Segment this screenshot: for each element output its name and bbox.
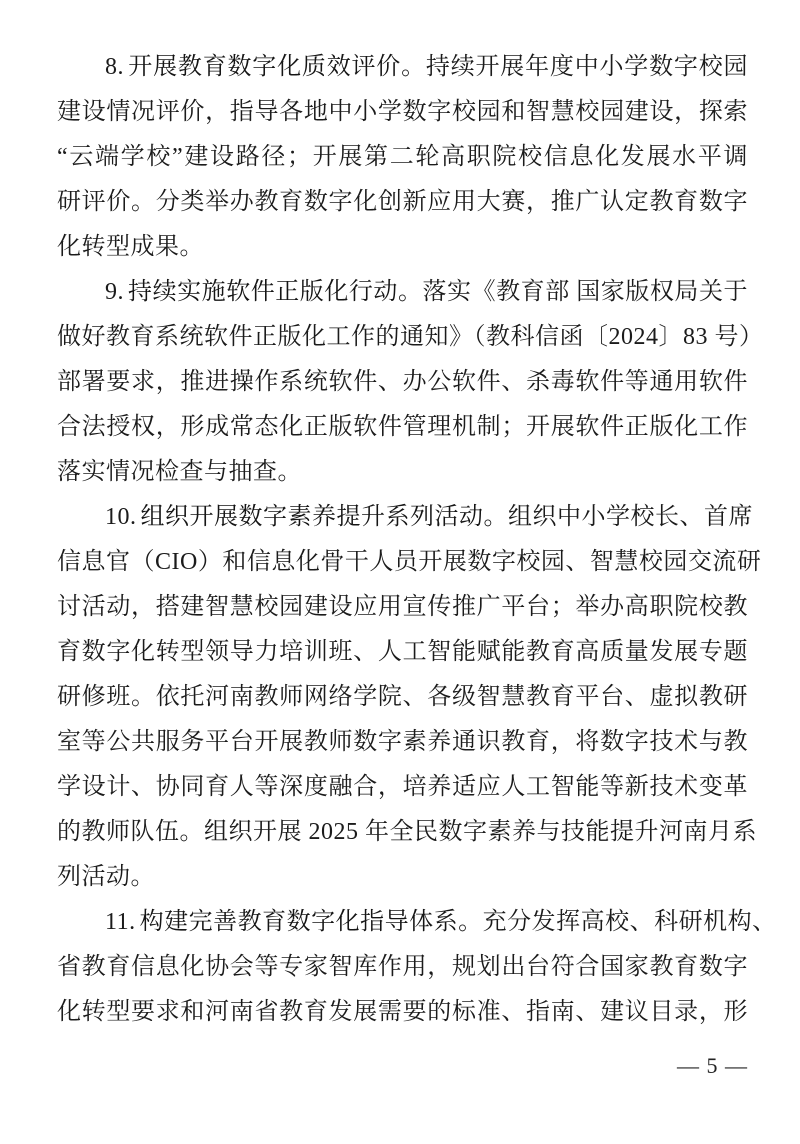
paragraph-9: 9.持续实施软件正版化行动。落实《教育部 国家版权局关于 做好教育系统软件正版化…	[57, 270, 748, 495]
paragraph-10: 10.组织开展数字素养提升系列活动。组织中小学校长、首席 信息官（CIO）和信息…	[57, 495, 748, 900]
paragraph-8-first-line: 8.开展教育数字化质效评价。持续开展年度中小学数字校园	[57, 45, 748, 90]
item-number: 10.	[105, 504, 137, 530]
paragraph-9-first-line: 9.持续实施软件正版化行动。落实《教育部 国家版权局关于	[57, 270, 748, 315]
paragraph-8: 8.开展教育数字化质效评价。持续开展年度中小学数字校园 建设情况评价，指导各地中…	[57, 45, 748, 270]
paragraph-9-line-2: 做好教育系统软件正版化工作的通知》（教科信函〔2024〕83 号）	[57, 315, 748, 360]
paragraph-10-first-line: 10.组织开展数字素养提升系列活动。组织中小学校长、首席	[57, 495, 748, 540]
paragraph-10-line-7: 学设计、协同育人等深度融合，培养适应人工智能等新技术变革	[57, 765, 748, 810]
paragraph-8-line-3: “云端学校”建设路径；开展第二轮高职院校信息化发展水平调	[57, 135, 748, 180]
item-number: 8.	[105, 54, 124, 80]
item-title: 开展教育数字化质效评价。	[128, 54, 426, 80]
paragraph-10-line-2: 信息官（CIO）和信息化骨干人员开展数字校园、智慧校园交流研	[57, 540, 748, 585]
paragraph-9-line-4: 合法授权，形成常态化正版软件管理机制；开展软件正版化工作	[57, 405, 748, 450]
item-title: 构建完善教育数字化指导体系。	[140, 909, 483, 935]
page-number: — 5 —	[677, 1052, 748, 1080]
paragraph-10-line-5: 研修班。依托河南教师网络学院、各级智慧教育平台、虚拟教研	[57, 675, 748, 720]
paragraph-8-line-4: 研评价。分类举办教育数字化创新应用大赛，推广认定教育数字	[57, 180, 748, 225]
paragraph-9-line-5: 落实情况检查与抽查。	[57, 450, 748, 495]
item-number: 9.	[105, 279, 124, 305]
body-text: 持续开展年度中小学数字校园	[426, 54, 748, 80]
paragraph-10-line-3: 讨活动，搭建智慧校园建设应用宣传推广平台；举办高职院校教	[57, 585, 748, 630]
body-text: 充分发挥高校、科研机构、	[483, 909, 777, 935]
body-text: 落实《教育部 国家版权局关于	[423, 279, 749, 305]
paragraph-8-line-2: 建设情况评价，指导各地中小学数字校园和智慧校园建设，探索	[57, 90, 748, 135]
body-text: 组织中小学校长、首席	[508, 504, 753, 530]
paragraph-10-line-4: 育数字化转型领导力培训班、人工智能赋能教育高质量发展专题	[57, 630, 748, 675]
paragraph-11-line-3: 化转型要求和河南省教育发展需要的标准、指南、建议目录，形	[57, 990, 748, 1035]
paragraph-10-line-8: 的教师队伍。组织开展 2025 年全民数字素养与技能提升河南月系	[57, 810, 748, 855]
item-title: 组织开展数字素养提升系列活动。	[141, 504, 509, 530]
paragraph-11: 11.构建完善教育数字化指导体系。充分发挥高校、科研机构、 省教育信息化协会等专…	[57, 900, 748, 1035]
paragraph-9-line-3: 部署要求，推进操作系统软件、办公软件、杀毒软件等通用软件	[57, 360, 748, 405]
paragraph-10-line-9: 列活动。	[57, 855, 748, 900]
paragraph-11-first-line: 11.构建完善教育数字化指导体系。充分发挥高校、科研机构、	[57, 900, 748, 945]
document-page: 8.开展教育数字化质效评价。持续开展年度中小学数字校园 建设情况评价，指导各地中…	[0, 0, 800, 1144]
paragraph-11-line-2: 省教育信息化协会等专家智库作用，规划出台符合国家教育数字	[57, 945, 748, 990]
document-body: 8.开展教育数字化质效评价。持续开展年度中小学数字校园 建设情况评价，指导各地中…	[57, 45, 748, 1035]
item-number: 11.	[105, 909, 136, 935]
item-title: 持续实施软件正版化行动。	[128, 279, 423, 305]
paragraph-10-line-6: 室等公共服务平台开展教师数字素养通识教育，将数字技术与教	[57, 720, 748, 765]
paragraph-8-line-5: 化转型成果。	[57, 225, 748, 270]
